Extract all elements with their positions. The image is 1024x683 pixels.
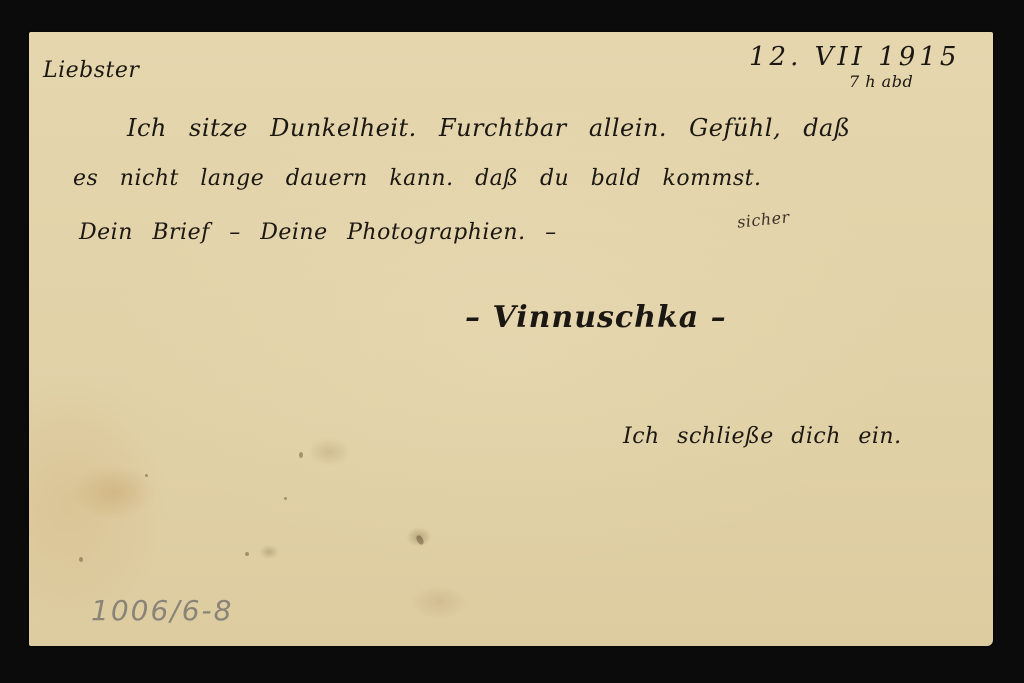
body-line-2: es nicht lange dauern kann. daß du bald … — [73, 166, 761, 191]
paper-stain — [145, 474, 148, 477]
paper-stain — [284, 497, 287, 500]
scan-frame: Liebster 12. VII 1915 7 h abd Ich sitze … — [0, 0, 1024, 683]
interlinear-insertion: sicher — [736, 207, 790, 231]
time-note: 7 h abd — [849, 72, 913, 91]
closing-line: Ich schließe dich ein. — [623, 424, 902, 449]
paper-stain — [299, 452, 303, 458]
body-line-1: Ich sitze Dunkelheit. Furchtbar allein. … — [127, 114, 850, 142]
date: 12. VII 1915 — [749, 42, 960, 72]
postcard: Liebster 12. VII 1915 7 h abd Ich sitze … — [29, 32, 993, 646]
paper-stain — [245, 552, 249, 556]
paper-stain — [79, 557, 83, 562]
archive-reference-number: 1006/6-8 — [91, 594, 233, 627]
signature: – Vinnuschka – — [465, 300, 727, 335]
body-line-3: Dein Brief – Deine Photographien. – — [79, 220, 557, 245]
salutation: Liebster — [43, 58, 139, 83]
paper-stain — [415, 534, 425, 546]
